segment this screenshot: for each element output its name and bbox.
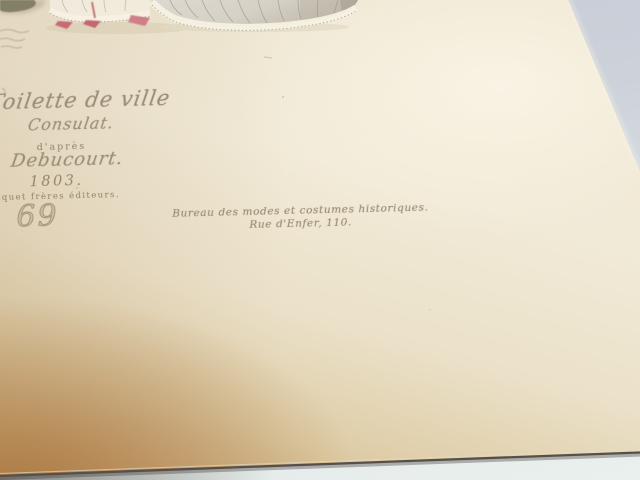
photograph: Toilette de ville Consulat. d'après Debu… [0, 0, 640, 480]
plate-period: Consulat. [27, 113, 116, 134]
plate-number: 69 [16, 202, 59, 233]
imprint-block: Bureau des modes et costumes historiques… [170, 201, 431, 233]
plate-title: Toilette de ville [0, 86, 172, 115]
caption-layer: Toilette de ville Consulat. d'après Debu… [0, 0, 640, 480]
plate-year: 1803. [29, 173, 83, 190]
plate-artist: Debucourt. [9, 148, 124, 172]
